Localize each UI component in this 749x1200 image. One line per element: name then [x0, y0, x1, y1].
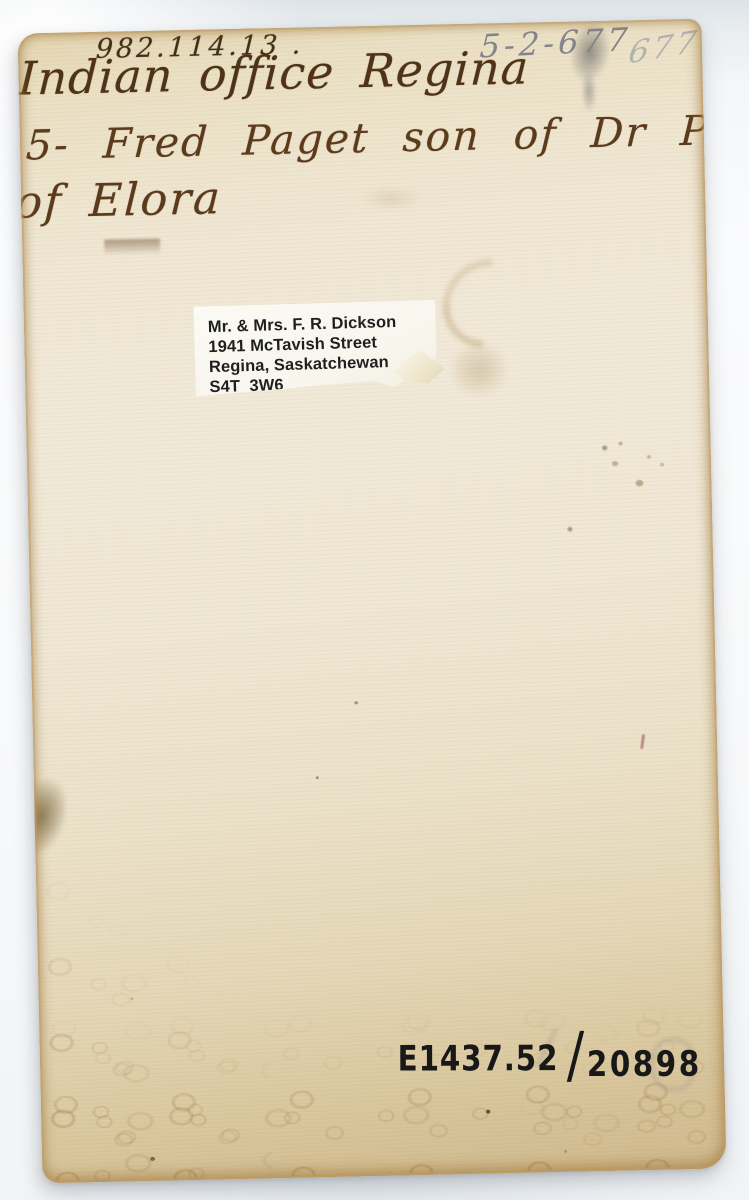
edge-stain: [18, 770, 78, 864]
water-stain-corner-left: [36, 868, 273, 1183]
crescent-stain: [425, 241, 551, 366]
faint-smudge-stain: [359, 185, 424, 212]
paper-speck: [564, 1150, 567, 1153]
paper-speck: [660, 463, 664, 467]
paper-speck: [150, 1157, 155, 1161]
address-label: Mr. & Mrs. F. R. Dickson 1941 McTavish S…: [193, 300, 437, 397]
speck-cluster-stain: [594, 437, 663, 504]
pencil-smudge-tail: [580, 69, 597, 113]
scan-background: 982.114.13 . 5-2-677 677 Indian office R…: [0, 0, 749, 1200]
paper-speck: [354, 701, 358, 704]
paper-speck: [316, 776, 319, 779]
dot-stain: [566, 526, 573, 533]
water-stain-corner-right: [508, 1008, 726, 1173]
photo-card-back: 982.114.13 . 5-2-677 677 Indian office R…: [18, 19, 727, 1184]
handwriting-line-3: of Elora: [18, 171, 224, 229]
handwriting-line-1: Indian office Regina: [18, 40, 531, 105]
paper-speck: [486, 1110, 490, 1114]
catalog-number: E1437.52/20898: [398, 1039, 702, 1080]
water-stain-band: [42, 997, 724, 1182]
blob-stain: [447, 340, 510, 399]
catalog-number-secondary: 20898: [587, 1045, 702, 1085]
catalog-number-primary: E1437.52: [398, 1039, 559, 1079]
red-ink-fleck: [640, 734, 645, 749]
handwriting-line-2: 5- Fred Paget son of Dr P.-: [25, 106, 727, 169]
ink-bleed: [104, 239, 160, 256]
pencil-number-repeat: 677: [626, 24, 702, 72]
paper-speck: [131, 997, 134, 1000]
